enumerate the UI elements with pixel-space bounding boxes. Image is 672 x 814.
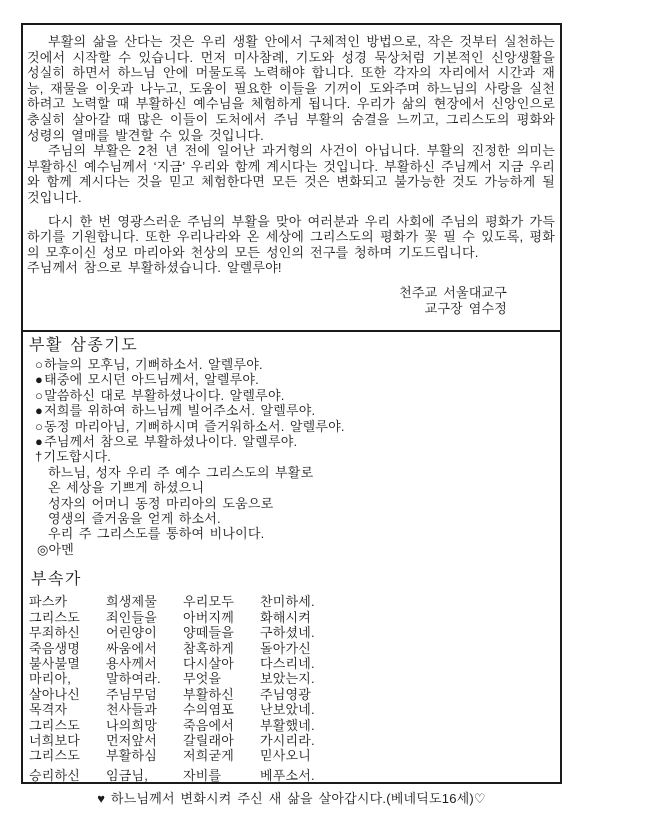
sequence-row: 너희보다먼저앞서갈릴래아가시리라. xyxy=(29,733,555,748)
cross-dagger-icon: † xyxy=(35,449,42,464)
versicle-text: 태중에 모시던 아드님께서, 알렐루야. xyxy=(44,372,259,387)
sequence-cell: 희생제물 xyxy=(106,594,183,609)
open-circle-icon: ○ xyxy=(35,357,43,372)
sequence-cell: 그리스도 xyxy=(29,610,106,625)
versicle-line: ●주님께서 참으로 부활하셨나이다. 알렐루야. xyxy=(29,434,555,449)
prayer-body: 하느님, 성자 우리 주 예수 그리스도의 부활로 온 세상을 기쁘게 하셨으니… xyxy=(29,465,555,542)
sequence-cell: 죽음생명 xyxy=(29,641,106,656)
filled-circle-icon: ● xyxy=(35,372,43,387)
sequence-cell: 가시리라. xyxy=(260,733,315,748)
sequence-cell: 참혹하게 xyxy=(183,641,260,656)
sequence-cell: 무죄하신 xyxy=(29,625,106,640)
sequence-cell: 베푸소서. xyxy=(260,768,315,783)
pray-invitation-line: †기도합시다. xyxy=(29,449,555,464)
sequence-row: 그리스도나의희망죽음에서부활했네. xyxy=(29,718,555,733)
sequence-cell: 난보았네. xyxy=(260,702,315,717)
prayer-line: 하느님, 성자 우리 주 예수 그리스도의 부활로 xyxy=(29,465,555,480)
sequence-cell: 죄인들을 xyxy=(106,610,183,625)
sequence-cell: 먼저앞서 xyxy=(106,733,183,748)
versicle-line: ○하늘의 모후님, 기뻐하소서. 알렐루야. xyxy=(29,357,555,372)
sequence-cell: 그리스도 xyxy=(29,748,106,763)
versicle-line: ○동정 마리아님, 기뻐하시며 즐거워하소서. 알렐루야. xyxy=(29,419,555,434)
sequence-cell: 용사께서 xyxy=(106,656,183,671)
angelus-section: 부활 삼종기도 ○하늘의 모후님, 기뻐하소서. 알렐루야. ●태중에 모시던 … xyxy=(23,332,560,557)
sequence-cell: 믿사오니 xyxy=(260,748,311,763)
sequence-cell: 자비를 xyxy=(183,768,260,783)
open-circle-icon: ○ xyxy=(35,419,43,434)
signature-diocese: 천주교 서울대교구 xyxy=(27,285,555,302)
sequence-cell: 수의염포 xyxy=(183,702,260,717)
sequence-cell: 임금님, xyxy=(106,768,183,783)
letter-paragraph-1: 부활의 삶을 산다는 것은 우리 생활 안에서 구체적인 방법으로, 작은 것부… xyxy=(27,34,555,143)
sequence-cell: 부활하신 xyxy=(183,687,260,702)
sequence-cell: 저희굳게 xyxy=(183,748,260,763)
open-circle-icon: ○ xyxy=(35,388,43,403)
filled-circle-icon: ● xyxy=(35,434,43,449)
versicle-text: 동정 마리아님, 기뻐하시며 즐거워하소서. 알렐루야. xyxy=(44,419,345,434)
sequence-title: 부속가 xyxy=(31,570,555,589)
sequence-cell: 무엇을 xyxy=(183,671,260,686)
sequence-cell: 부활했네. xyxy=(260,718,315,733)
sequence-cell: 양떼들을 xyxy=(183,625,260,640)
sequence-cell: 말하여라. xyxy=(106,671,183,686)
angelus-title: 부활 삼종기도 xyxy=(29,336,555,355)
prayer-line: 영생의 즐거움을 얻게 하소서. xyxy=(29,511,555,526)
sequence-cell: 주님영광 xyxy=(260,687,311,702)
letter-closing-line: 주님께서 참으로 부활하셨습니다. 알렐루야! xyxy=(27,260,555,276)
sequence-cell: 살아나신 xyxy=(29,687,106,702)
prayer-line: 우리 주 그리스도를 통하여 비나이다. xyxy=(29,526,555,541)
sequence-row: 그리스도부활하심저희굳게믿사오니 xyxy=(29,748,555,763)
sequence-cell: 우리모두 xyxy=(183,594,260,609)
document-page: 부활의 삶을 산다는 것은 우리 생활 안에서 구체적인 방법으로, 작은 것부… xyxy=(0,0,672,814)
sequence-cell: 다스리네. xyxy=(260,656,315,671)
sequence-row: 불사불멸용사께서다시살아다스리네. xyxy=(29,656,555,671)
sequence-cell: 죽음에서 xyxy=(183,718,260,733)
sequence-cell: 싸움에서 xyxy=(106,641,183,656)
versicle-line: ●태중에 모시던 아드님께서, 알렐루야. xyxy=(29,372,555,387)
sequence-cell: 파스카 xyxy=(29,594,106,609)
prayer-line: 성자의 어머니 동정 마리아의 도움으로 xyxy=(29,496,555,511)
sequence-row: 목격자천사들과수의염포난보았네. xyxy=(29,702,555,717)
sequence-cell: 다시살아 xyxy=(183,656,260,671)
double-circle-icon: ◎ xyxy=(37,542,49,557)
sequence-cell: 천사들과 xyxy=(106,702,183,717)
prayer-line: 온 세상을 기쁘게 하셨으니 xyxy=(29,480,555,495)
filled-circle-icon: ● xyxy=(35,403,43,418)
versicle-line: ○말씀하신 대로 부활하셨나이다. 알렐루야. xyxy=(29,388,555,403)
sequence-cell: 승리하신 xyxy=(29,768,106,783)
versicle-line: ●저희를 위하여 하느님께 빌어주소서. 알렐루야. xyxy=(29,403,555,418)
versicle-text: 말씀하신 대로 부활하셨나이다. 알렐루야. xyxy=(44,388,284,403)
sequence-cell: 아버지께 xyxy=(183,610,260,625)
sequence-cell: 보았는지. xyxy=(260,671,315,686)
sequence-cell: 구하셨네. xyxy=(260,625,315,640)
letter-paragraph-2: 주님의 부활은 2천 년 전에 일어난 과거형의 사건이 아닙니다. 부활의 진… xyxy=(27,143,555,205)
sequence-section: 부속가 파스카희생제물우리모두찬미하세. 그리스도죄인들을아버지께화해시켜 무죄… xyxy=(23,570,560,783)
amen-line: ◎아멘 xyxy=(29,542,555,557)
versicle-text: 하늘의 모후님, 기뻐하소서. 알렐루야. xyxy=(44,357,263,372)
versicle-text: 주님께서 참으로 부활하셨나이다. 알렐루야. xyxy=(44,434,297,449)
sequence-cell: 목격자 xyxy=(29,702,106,717)
sequence-row: 승리하신임금님,자비를베푸소서. xyxy=(29,768,555,783)
sequence-row: 살아나신주님무덤부활하신주님영광 xyxy=(29,687,555,702)
versicle-text: 기도합시다. xyxy=(43,449,111,464)
sequence-row: 그리스도죄인들을아버지께화해시켜 xyxy=(29,610,555,625)
sequence-cell: 화해시켜 xyxy=(260,610,311,625)
sequence-row: 마리아,말하여라.무엇을보았는지. xyxy=(29,671,555,686)
sequence-cell: 어린양이 xyxy=(106,625,183,640)
letter-paragraph-3: 다시 한 번 영광스러운 주님의 부활을 맞아 여러분과 우리 사회에 주님의 … xyxy=(27,214,555,261)
sequence-cell: 돌아가신 xyxy=(260,641,311,656)
sequence-cell: 찬미하세. xyxy=(260,594,315,609)
sequence-cell: 불사불멸 xyxy=(29,656,106,671)
footer-quote: ♥ 하느님께서 변화시켜 주신 새 삶을 살아갑시다.(베네딕도16세)♡ xyxy=(21,791,562,807)
sequence-cell: 나의희망 xyxy=(106,718,183,733)
document-border-box: 부활의 삶을 산다는 것은 우리 생활 안에서 구체적인 방법으로, 작은 것부… xyxy=(21,23,562,784)
signature-block: 천주교 서울대교구 교구장 염수정 xyxy=(27,285,555,318)
sequence-cell: 부활하심 xyxy=(106,748,183,763)
sequence-row: 파스카희생제물우리모두찬미하세. xyxy=(29,594,555,609)
sequence-cell: 너희보다 xyxy=(29,733,106,748)
letter-section: 부활의 삶을 산다는 것은 우리 생활 안에서 구체적인 방법으로, 작은 것부… xyxy=(23,25,560,332)
sequence-cell: 주님무덤 xyxy=(106,687,183,702)
sequence-cell: 마리아, xyxy=(29,671,106,686)
versicle-text: 저희를 위하여 하느님께 빌어주소서. 알렐루야. xyxy=(44,403,315,418)
signature-archbishop: 교구장 염수정 xyxy=(27,301,555,318)
sequence-row: 죽음생명싸움에서참혹하게돌아가신 xyxy=(29,641,555,656)
sequence-cell: 갈릴래아 xyxy=(183,733,260,748)
sequence-cell: 그리스도 xyxy=(29,718,106,733)
sequence-row: 무죄하신어린양이양떼들을구하셨네. xyxy=(29,625,555,640)
amen-text: 아멘 xyxy=(49,542,75,557)
